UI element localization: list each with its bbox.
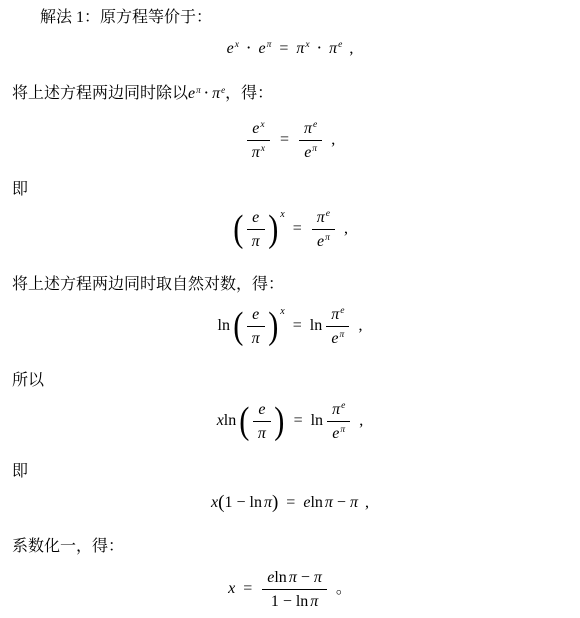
equation-linear: x(1−lnπ) = elnπ−π , (0, 492, 580, 514)
math-var-pi: π (329, 40, 337, 57)
math-sup-e: e (325, 209, 330, 219)
minus-sign: − (279, 593, 296, 610)
ln-operator: ln (274, 569, 288, 586)
full-stop: 。 (333, 580, 352, 597)
math-var-pi: π (304, 120, 312, 137)
math-var-pi: π (258, 425, 266, 442)
equation-result: x = elnπ−π 1−lnπ 。 (0, 567, 580, 612)
document-page: 解法 1：原方程等价于： ex ⋅ eπ = πx ⋅ πe , 将上述方程两边… (0, 0, 580, 618)
equals-sign: = (275, 40, 292, 57)
fraction-right: πe eπ (299, 118, 322, 163)
denominator: 1−lnπ (262, 590, 327, 612)
inline-math-divisor: eπ⋅πe (188, 85, 225, 102)
math-var-e: e (252, 209, 259, 226)
equals-sign: = (290, 412, 307, 429)
comma: , (362, 494, 369, 511)
math-sup-pi: π (266, 40, 272, 50)
step-normalize-line: 系数化一，得： (12, 537, 124, 557)
ln-operator: ln (310, 317, 324, 334)
math-var-pi: π (289, 569, 297, 586)
math-var-pi: π (350, 494, 358, 511)
ln-operator: ln (296, 593, 310, 610)
left-paren: ( (240, 403, 250, 439)
fraction-left: ex πx (247, 118, 270, 163)
ln-operator: ln (250, 494, 264, 511)
math-var-pi: π (252, 233, 260, 250)
denominator: πx (247, 141, 270, 163)
math-var-x: x (228, 580, 235, 597)
denominator: eπ (312, 230, 335, 252)
equation-log: ln( e π )x = ln πe eπ , (0, 304, 580, 349)
comma: , (341, 220, 348, 237)
equals-sign: = (289, 220, 306, 237)
numerator: πe (327, 399, 350, 422)
math-sup-pi: π (339, 425, 345, 435)
minus-sign: − (297, 569, 314, 586)
right-paren: ) (268, 308, 278, 344)
dot-operator: ⋅ (243, 40, 254, 57)
math-sup-pi: π (339, 330, 345, 340)
left-paren: ( (233, 308, 243, 344)
math-sup-x: x (279, 209, 284, 220)
math-sup-e: e (312, 120, 317, 130)
equation-ratio: ex πx = πe eπ , (0, 118, 580, 163)
math-sup-pi: π (311, 144, 317, 154)
math-var-pi: π (264, 494, 272, 511)
solution-heading: 解法 1：原方程等价于： (40, 8, 212, 28)
numerator: e (247, 207, 265, 230)
fraction-right: πe eπ (312, 207, 335, 252)
math-var-pi: π (252, 144, 260, 161)
math-var-x: x (217, 412, 224, 429)
numerator: πe (299, 118, 322, 141)
ln-operator: ln (310, 494, 324, 511)
numerator: e (253, 399, 271, 422)
fraction-result: elnπ−π 1−lnπ (262, 567, 327, 612)
fraction-base: e π (247, 304, 265, 349)
denominator: π (247, 327, 265, 349)
math-sup-x: x (304, 40, 309, 50)
minus-sign: − (333, 494, 350, 511)
math-sup-x: x (260, 144, 265, 154)
math-var-e: e (227, 40, 234, 57)
equation-xln: xln( e π ) = ln πe eπ , (0, 399, 580, 444)
equals-sign: = (282, 494, 299, 511)
math-var-e: e (317, 233, 324, 250)
math-var-pi: π (332, 401, 340, 418)
denominator: eπ (326, 327, 349, 349)
math-var-e: e (258, 401, 265, 418)
connector-namely: 即 (12, 180, 28, 200)
step-divide-suffix: ，得： (225, 85, 273, 102)
comma: , (355, 317, 362, 334)
math-var-e: e (331, 330, 338, 347)
math-var-pi: π (310, 593, 318, 610)
fraction-right: πe eπ (327, 399, 350, 444)
math-num-one: 1 (271, 593, 279, 610)
left-paren: ( (233, 211, 243, 247)
math-sup-e: e (337, 40, 342, 50)
math-var-pi: π (317, 209, 325, 226)
step-log-line: 将上述方程两边同时取自然对数，得： (12, 275, 284, 295)
numerator: πe (326, 304, 349, 327)
numerator: elnπ−π (262, 567, 327, 590)
comma: , (328, 131, 335, 148)
connector-therefore: 所以 (12, 371, 44, 391)
equation-power: ( e π )x = πe eπ , (0, 207, 580, 252)
math-sup-pi: π (195, 85, 201, 95)
math-sup-x: x (259, 120, 264, 130)
numerator: ex (247, 118, 270, 141)
equation-original: ex ⋅ eπ = πx ⋅ πe , (0, 38, 580, 58)
denominator: π (247, 230, 265, 252)
math-var-pi: π (212, 85, 220, 102)
fraction-base: e π (247, 207, 265, 252)
connector-namely: 即 (12, 462, 28, 482)
math-sup-x: x (234, 40, 239, 50)
step-divide-line: 将上述方程两边同时除以eπ⋅πe，得： (12, 84, 273, 104)
fraction-base: e π (253, 399, 271, 444)
math-var-e: e (258, 40, 265, 57)
numerator: πe (312, 207, 335, 230)
ln-operator: ln (224, 412, 238, 429)
equals-sign: = (289, 317, 306, 334)
ln-operator: ln (218, 317, 232, 334)
math-sup-e: e (340, 401, 345, 411)
denominator: eπ (299, 141, 322, 163)
math-var-pi: π (252, 330, 260, 347)
ln-operator: ln (311, 412, 325, 429)
step-divide-prefix: 将上述方程两边同时除以 (12, 85, 188, 102)
right-paren: ) (268, 211, 278, 247)
dot-operator: ⋅ (314, 40, 325, 57)
math-sup-x: x (279, 306, 284, 317)
math-var-pi: π (325, 494, 333, 511)
comma: , (346, 40, 353, 57)
equals-sign: = (276, 131, 293, 148)
comma: , (356, 412, 363, 429)
right-paren: ) (272, 492, 278, 513)
right-paren: ) (274, 403, 284, 439)
dot-operator: ⋅ (201, 85, 212, 102)
math-sup-e: e (339, 306, 344, 316)
math-sup-pi: π (324, 233, 330, 243)
fraction-right: πe eπ (326, 304, 349, 349)
denominator: π (253, 422, 271, 444)
denominator: eπ (327, 422, 350, 444)
math-var-e: e (252, 306, 259, 323)
math-var-pi: π (314, 569, 322, 586)
equals-sign: = (239, 580, 256, 597)
numerator: e (247, 304, 265, 327)
minus-sign: − (232, 494, 249, 511)
